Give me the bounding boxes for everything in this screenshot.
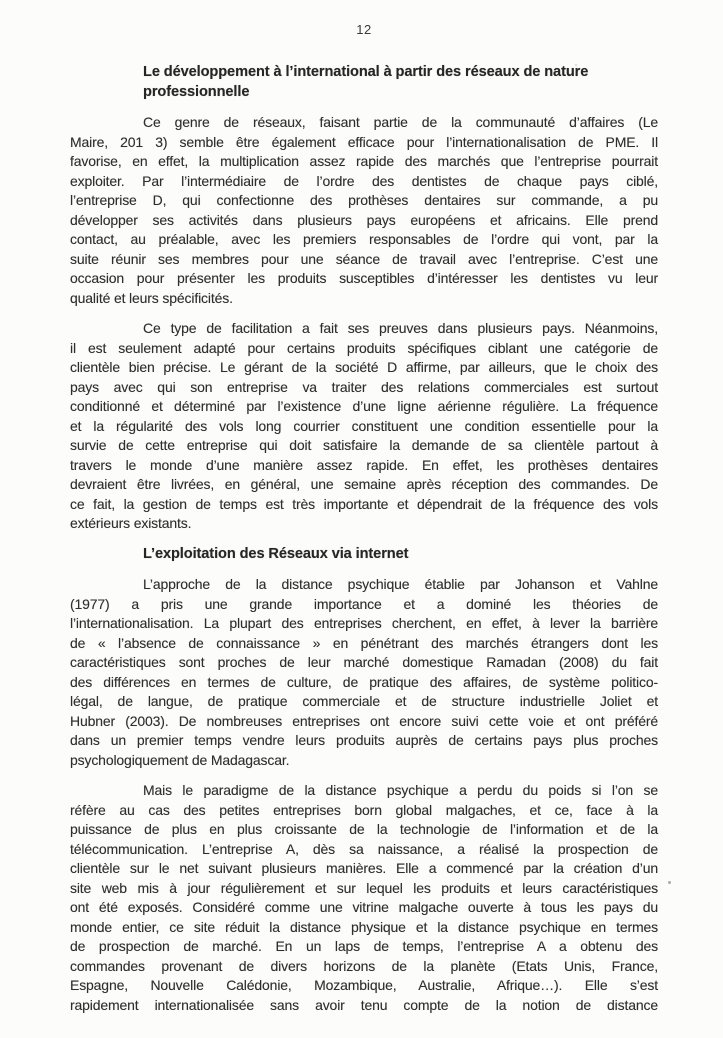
- scan-speck: [668, 881, 671, 884]
- text-line: l’internationalisation. La plupart des e…: [70, 614, 658, 634]
- section-heading: L’exploitation des Réseaux via internet: [143, 545, 658, 565]
- page-number: 12: [70, 20, 658, 39]
- text-line: des différences en termes de culture, de…: [70, 673, 658, 693]
- text-line: monde entier, ce site réduit la distance…: [70, 918, 658, 938]
- section-heading: Le développement à l’international à par…: [143, 63, 658, 102]
- text-line: il est seulement adapté pour certains pr…: [70, 339, 658, 359]
- text-line: favorise, en effet, la multiplication as…: [70, 152, 658, 172]
- text-line: conditionné et déterminé par l’existence…: [70, 397, 658, 417]
- text-line: et la régularité des vols long courrier …: [70, 417, 658, 437]
- text-line: Hubner (2003). De nombreuses entreprises…: [70, 712, 658, 732]
- text-line: clientèle bien précise. Le gérant de la …: [70, 358, 658, 378]
- text-line: contact, au préalable, avec les premiers…: [70, 230, 658, 250]
- scan-speck: [575, 64, 577, 66]
- text-line: travers le monde d’une manière assez rap…: [70, 456, 658, 476]
- text-line: ont été exposés. Considéré comme une vit…: [70, 898, 658, 918]
- text-line: de « l’absence de connaissance » en péné…: [70, 634, 658, 654]
- text-line: extérieurs existants.: [70, 514, 658, 534]
- text-line: télécommunication. L’entreprise A, dès s…: [70, 840, 658, 860]
- text-line: développer ses activités dans plusieurs …: [70, 211, 658, 231]
- text-line: de prospection de marché. En un laps de …: [70, 937, 658, 957]
- text-line: puissance de plus en plus croissante de …: [70, 820, 658, 840]
- document-page: 12 Le développement à l’international à …: [0, 0, 723, 1038]
- text-line: site web mis à jour régulièrement et sur…: [70, 879, 658, 899]
- text-line: clientèle sur le net suivant plusieurs m…: [70, 859, 658, 879]
- paragraph: Mais le paradigme de la distance psychiq…: [70, 781, 658, 1015]
- text-line: suite réunir ses membres pour une séance…: [70, 250, 658, 270]
- text-line: pays avec qui son entreprise va traiter …: [70, 378, 658, 398]
- paragraph: L’approche de la distance psychique étab…: [70, 575, 658, 770]
- text-line: Maire, 201 3) semble être également effi…: [70, 133, 658, 153]
- text-line: Ce genre de réseaux, faisant partie de l…: [70, 113, 658, 133]
- paragraph: Ce type de facilitation a fait ses preuv…: [70, 319, 658, 534]
- text-line: commandes provenant de divers horizons d…: [70, 957, 658, 977]
- heading-line: Le développement à l’international à par…: [143, 63, 658, 83]
- text-line: ce fait, la gestion de temps est très im…: [70, 495, 658, 515]
- text-line: Mais le paradigme de la distance psychiq…: [70, 781, 658, 801]
- text-line: Espagne, Nouvelle Calédonie, Mozambique,…: [70, 976, 658, 996]
- text-line: psychologiquement de Madagascar.: [70, 751, 658, 771]
- text-line: occasion pour présenter les produits sus…: [70, 269, 658, 289]
- document-content: 12 Le développement à l’international à …: [70, 20, 658, 1026]
- paragraph: Ce genre de réseaux, faisant partie de l…: [70, 113, 658, 308]
- heading-line: professionnelle: [143, 83, 658, 103]
- text-line: (1977) a pris une grande importance et a…: [70, 595, 658, 615]
- text-line: l’entreprise D, qui confectionne des pro…: [70, 191, 658, 211]
- text-line: légal, de langue, de pratique commercial…: [70, 692, 658, 712]
- text-line: réfère au cas des petites entreprises bo…: [70, 801, 658, 821]
- text-line: survie de cette entreprise qui doit sati…: [70, 436, 658, 456]
- text-line: L’approche de la distance psychique étab…: [70, 575, 658, 595]
- text-line: exploiter. Par l’intermédiaire de l’ordr…: [70, 172, 658, 192]
- text-line: rapidement internationalisée sans avoir …: [70, 996, 658, 1016]
- text-line: Ce type de facilitation a fait ses preuv…: [70, 319, 658, 339]
- document-body: Le développement à l’international à par…: [70, 63, 658, 1015]
- text-line: qualité et leurs spécificités.: [70, 289, 658, 309]
- text-line: caractéristiques sont proches de leur ma…: [70, 653, 658, 673]
- text-line: dans un premier temps vendre leurs produ…: [70, 731, 658, 751]
- heading-line: L’exploitation des Réseaux via internet: [143, 545, 658, 565]
- text-line: devraient être livrées, en général, une …: [70, 475, 658, 495]
